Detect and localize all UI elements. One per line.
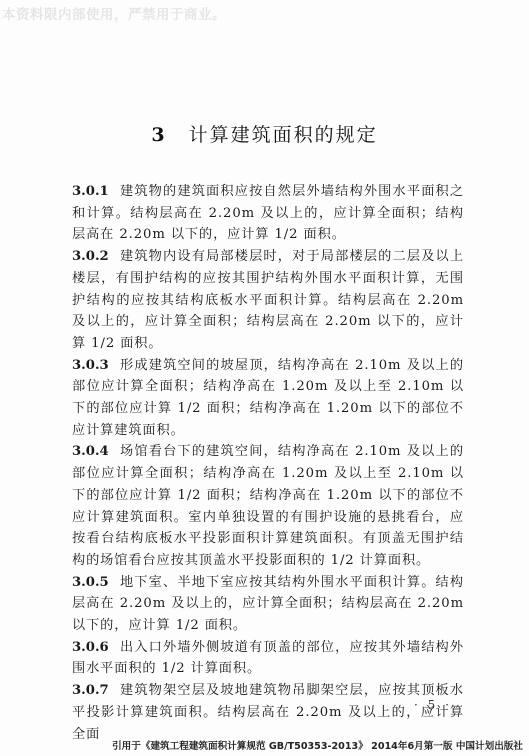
chapter-title-text: 计算建筑面积的规定 [189,124,378,146]
clauses-body: 3.0.1建筑物的建筑面积应按自然层外墙结构外围水平面积之和计算。结构层高在 2… [72,181,464,745]
clause-number: 3.0.5 [72,575,109,590]
clause-text: 建筑物内设有局部楼层时，对于局部楼层的二层及以上楼层，有围护结构的应按其围护结构… [72,249,464,351]
watermark: 本资料限内部使用，严禁用于商业。 [2,3,226,23]
page-number: · 5 · [414,698,452,712]
clause-text: 出入口外墙外侧坡道有顶盖的部位，应按其外墙结构外围水平面积的 1/2 计算面积。 [72,640,464,677]
citation-footer: 引用于《建筑工程建筑面积计算规范 GB/T50353-2013》 2014年6月… [112,738,523,752]
chapter-number: 3 [151,124,166,146]
clause-3-0-1: 3.0.1建筑物的建筑面积应按自然层外墙结构外围水平面积之和计算。结构层高在 2… [72,181,464,246]
clause-number: 3.0.2 [72,249,109,264]
clause-text: 建筑物架空层及坡地建筑物吊脚架空层，应按其顶板水平投影计算建筑面积。结构层高在 … [72,683,464,741]
clause-text: 形成建筑空间的坡屋顶，结构净高在 2.10m 及以上的部位应计算全面积；结构净高… [72,358,464,438]
chapter-title: 3计算建筑面积的规定 [0,120,529,147]
clause-text: 地下室、半地下室应按其结构外围水平面积计算。结构层高在 2.20m 及以上的，应… [72,575,464,633]
clause-3-0-2: 3.0.2建筑物内设有局部楼层时，对于局部楼层的二层及以上楼层，有围护结构的应按… [72,246,464,355]
clause-3-0-4: 3.0.4场馆看台下的建筑空间，结构净高在 2.10m 及以上的部位应计算全面积… [72,441,464,571]
clause-number: 3.0.4 [72,444,109,459]
clause-3-0-5: 3.0.5地下室、半地下室应按其结构外围水平面积计算。结构层高在 2.20m 及… [72,572,464,637]
clause-text: 场馆看台下的建筑空间，结构净高在 2.10m 及以上的部位应计算全面积；结构净高… [72,444,464,568]
clause-text: 建筑物的建筑面积应按自然层外墙结构外围水平面积之和计算。结构层高在 2.20m … [72,184,464,242]
clause-number: 3.0.6 [72,640,109,655]
clause-number: 3.0.1 [72,184,109,199]
clause-number: 3.0.7 [72,683,109,698]
clause-3-0-6: 3.0.6出入口外墙外侧坡道有顶盖的部位，应按其外墙结构外围水平面积的 1/2 … [72,637,464,680]
clause-3-0-3: 3.0.3形成建筑空间的坡屋顶，结构净高在 2.10m 及以上的部位应计算全面积… [72,355,464,442]
clause-3-0-7: 3.0.7建筑物架空层及坡地建筑物吊脚架空层，应按其顶板水平投影计算建筑面积。结… [72,680,464,745]
clause-number: 3.0.3 [72,358,109,373]
